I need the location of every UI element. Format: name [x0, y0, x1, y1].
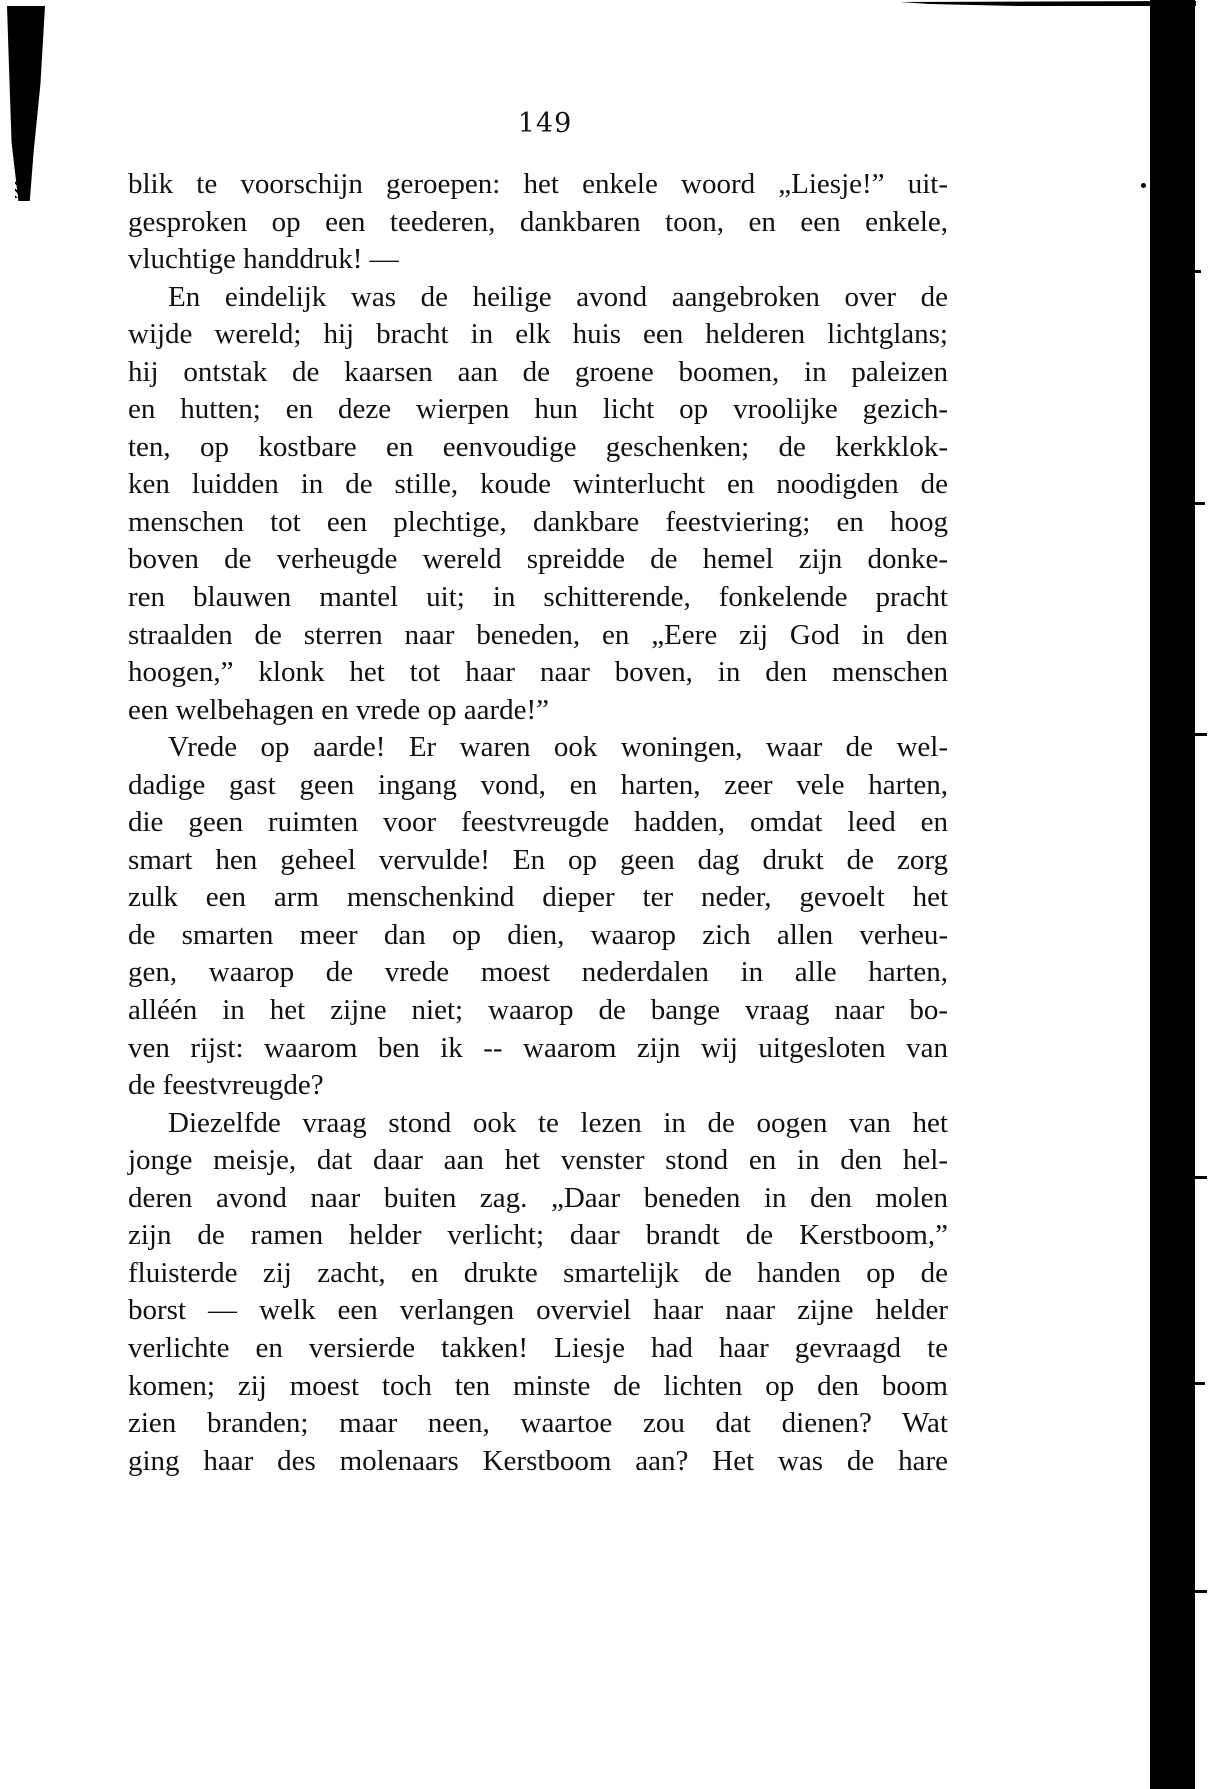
text-line: fluisterde zij zacht, en drukte smarteli… [128, 1255, 948, 1293]
text-line: de smarten meer dan op dien, waarop zich… [128, 917, 948, 955]
text-line: Vrede op aarde! Er waren ook woningen, w… [128, 729, 948, 767]
text-line: komen; zij moest toch ten minste de lich… [128, 1368, 948, 1406]
text-line: Diezelfde vraag stond ook te lezen in de… [128, 1105, 948, 1143]
text-line: ken luidden in de stille, koude winterlu… [128, 466, 948, 504]
text-line: alléén in het zijne niet; waarop de bang… [128, 992, 948, 1030]
scan-edge-tick [1195, 1590, 1207, 1593]
text-line: ren blauwen mantel uit; in schitterende,… [128, 579, 948, 617]
scan-edge-tick [1195, 1382, 1205, 1385]
text-line: boven de verheugde wereld spreidde de he… [128, 541, 948, 579]
text-line: zulk een arm menschenkind dieper ter ned… [128, 879, 948, 917]
scan-edge-tick [1195, 270, 1201, 273]
text-line: zijn de ramen helder verlicht; daar bran… [128, 1217, 948, 1255]
text-line: jonge meisje, dat daar aan het venster s… [128, 1142, 948, 1180]
scan-edge-tick [1195, 1176, 1207, 1179]
scan-left-edge-shadow [7, 6, 45, 201]
scan-edge-tick [1195, 502, 1205, 505]
scanned-book-page: 149 blik te voorschijn geroepen: het enk… [0, 0, 1210, 1789]
text-line: de feestvreugde? [128, 1067, 948, 1105]
text-line: vluchtige handdruk! — [128, 241, 948, 279]
text-line: hij ontstak de kaarsen aan de groene boo… [128, 354, 948, 392]
text-line: En eindelijk was de heilige avond aangeb… [128, 279, 948, 317]
text-line: straalden de sterren naar beneden, en „E… [128, 617, 948, 655]
body-text: blik te voorschijn geroepen: het enkele … [128, 166, 948, 1480]
text-line: verlichte en versierde takken! Liesje ha… [128, 1330, 948, 1368]
text-line: gesproken op een teederen, dankbaren too… [128, 204, 948, 242]
scan-speck [1141, 183, 1146, 188]
text-line: blik te voorschijn geroepen: het enkele … [128, 166, 948, 204]
text-line: zien branden; maar neen, waartoe zou dat… [128, 1405, 948, 1443]
text-line: ging haar des molenaars Kerstboom aan? H… [128, 1443, 948, 1481]
scan-right-edge-bar [1150, 0, 1195, 1789]
text-line: wijde wereld; hij bracht in elk huis een… [128, 316, 948, 354]
text-line: gen, waarop de vrede moest nederdalen in… [128, 954, 948, 992]
text-line: deren avond naar buiten zag. „Daar bened… [128, 1180, 948, 1218]
text-line: smart hen geheel vervulde! En op geen da… [128, 842, 948, 880]
text-line: ten, op kostbare en eenvoudige geschenke… [128, 429, 948, 467]
page-number: 149 [0, 108, 1090, 139]
text-line: die geen ruimten voor feestvreugde hadde… [128, 804, 948, 842]
text-line: ven rijst: waarom ben ik -- waarom zijn … [128, 1030, 948, 1068]
text-line: menschen tot een plechtige, dankbare fee… [128, 504, 948, 542]
scan-left-edge-specks [15, 178, 29, 198]
text-line: borst — welk een verlangen overviel haar… [128, 1292, 948, 1330]
text-line: hoogen,” klonk het tot haar naar boven, … [128, 654, 948, 692]
text-line: dadige gast geen ingang vond, en harten,… [128, 767, 948, 805]
text-line: een welbehagen en vrede op aarde!” [128, 692, 948, 730]
scan-edge-tick [1195, 733, 1207, 736]
text-line: en hutten; en deze wierpen hun licht op … [128, 391, 948, 429]
